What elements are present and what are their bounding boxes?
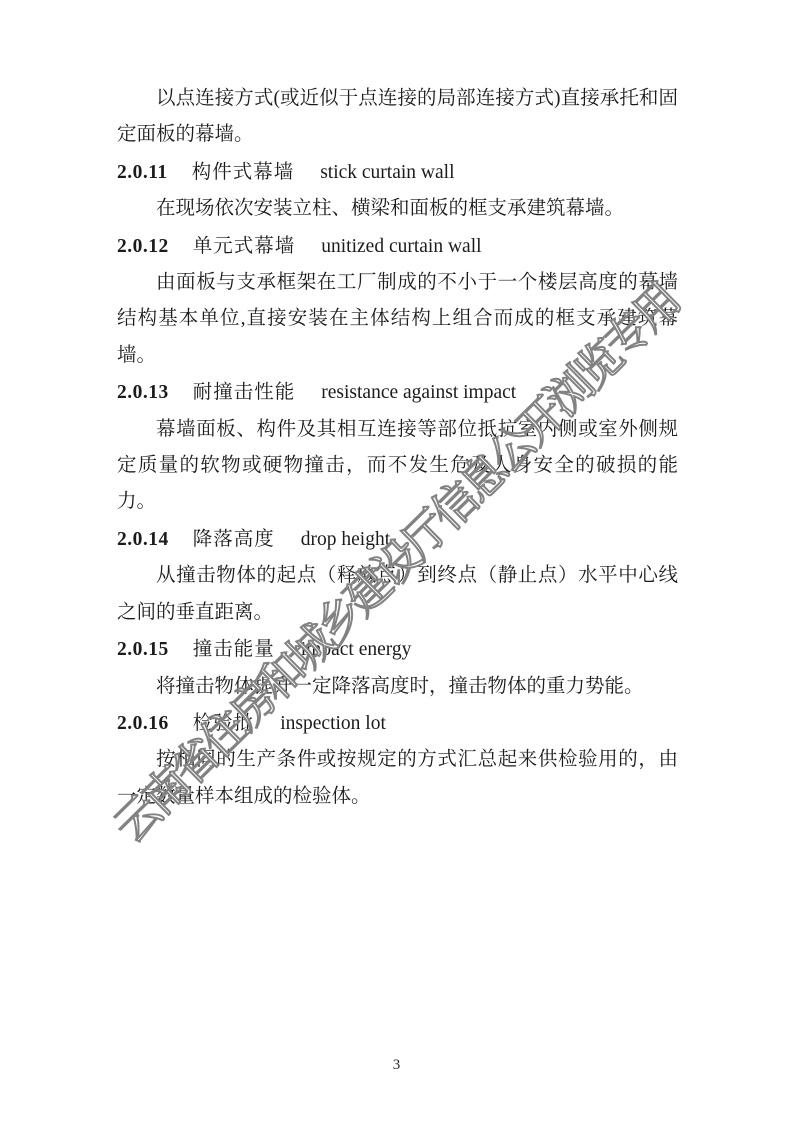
term-number: 2.0.13 bbox=[117, 382, 169, 403]
term-chinese: 检验批 bbox=[193, 712, 255, 734]
page-number: 3 bbox=[0, 1057, 793, 1074]
term-chinese: 单元式幕墙 bbox=[193, 235, 296, 257]
term-english: impact energy bbox=[301, 639, 412, 660]
document-content: 以点连接方式(或近似于点连接的局部连接方式)直接承托和固定面板的幕墙。 2.0.… bbox=[117, 81, 678, 815]
term-english: resistance against impact bbox=[321, 382, 516, 403]
term-number: 2.0.11 bbox=[117, 162, 168, 183]
term-line-2-0-13: 2.0.13耐撞击性能resistance against impact bbox=[117, 374, 678, 411]
term-english: stick curtain wall bbox=[320, 162, 454, 183]
term-number: 2.0.15 bbox=[117, 639, 169, 660]
paragraph: 按相同的生产条件或按规定的方式汇总起来供检验用的，由一定数量样本组成的检验体。 bbox=[117, 742, 678, 815]
paragraph: 由面板与支承框架在工厂制成的不小于一个楼层高度的幕墙结构基本单位,直接安装在主体… bbox=[117, 265, 678, 374]
paragraph: 以点连接方式(或近似于点连接的局部连接方式)直接承托和固定面板的幕墙。 bbox=[117, 81, 678, 154]
term-number: 2.0.16 bbox=[117, 713, 169, 734]
paragraph: 在现场依次安装立柱、横梁和面板的框支承建筑幕墙。 bbox=[117, 191, 678, 227]
term-line-2-0-14: 2.0.14降落高度drop height bbox=[117, 521, 678, 558]
document-page: 以点连接方式(或近似于点连接的局部连接方式)直接承托和固定面板的幕墙。 2.0.… bbox=[0, 0, 793, 1122]
term-chinese: 构件式幕墙 bbox=[192, 161, 295, 183]
paragraph: 从撞击物体的起点（释放点）到终点（静止点）水平中心线之间的垂直距离。 bbox=[117, 558, 678, 631]
term-english: inspection lot bbox=[280, 713, 386, 734]
term-line-2-0-12: 2.0.12单元式幕墙unitized curtain wall bbox=[117, 228, 678, 265]
term-chinese: 耐撞击性能 bbox=[193, 381, 296, 403]
term-chinese: 降落高度 bbox=[193, 528, 275, 550]
term-chinese: 撞击能量 bbox=[193, 638, 275, 660]
term-number: 2.0.12 bbox=[117, 236, 169, 257]
term-line-2-0-15: 2.0.15撞击能量impact energy bbox=[117, 631, 678, 668]
term-number: 2.0.14 bbox=[117, 529, 169, 550]
term-line-2-0-11: 2.0.11构件式幕墙stick curtain wall bbox=[117, 154, 678, 191]
paragraph: 幕墙面板、构件及其相互连接等部位抵抗室内侧或室外侧规定质量的软物或硬物撞击，而不… bbox=[117, 412, 678, 521]
term-english: drop height bbox=[301, 529, 390, 550]
term-english: unitized curtain wall bbox=[321, 236, 481, 257]
paragraph: 将撞击物体提升一定降落高度时，撞击物体的重力势能。 bbox=[117, 669, 678, 705]
term-line-2-0-16: 2.0.16检验批inspection lot bbox=[117, 705, 678, 742]
